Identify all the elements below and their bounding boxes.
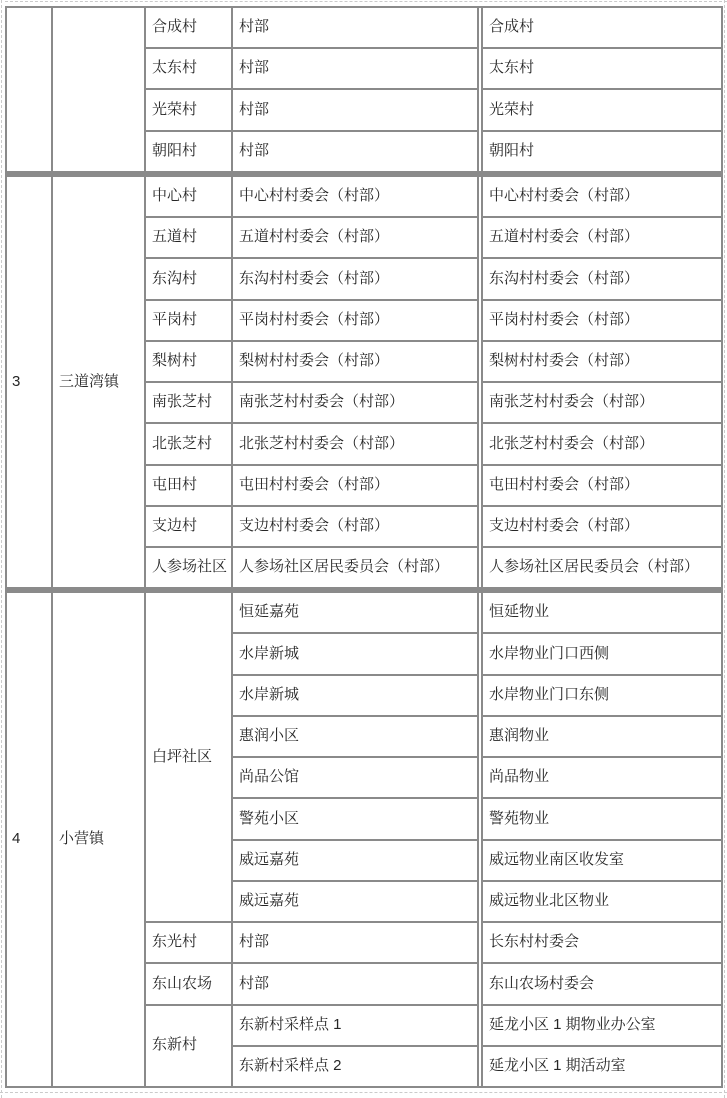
location-cell: 五道村村委会（村部） <box>483 218 721 257</box>
site-cell: 村部 <box>233 964 477 1003</box>
location-cell: 威远物业南区收发室 <box>483 841 721 880</box>
location-cell: 北张芝村村委会（村部） <box>483 424 721 463</box>
document-page: 合成村村部合成村太东村村部太东村光荣村村部光荣村朝阳村村部朝阳村3三道湾镇中心村… <box>0 0 727 1098</box>
site-cell: 水岸新城 <box>233 676 477 715</box>
site-cell: 水岸新城 <box>233 634 477 673</box>
location-cell: 支边村村委会（村部） <box>483 507 721 546</box>
site-cell: 梨树村村委会（村部） <box>233 342 477 381</box>
location-cell: 人参场社区居民委员会（村部） <box>483 548 721 587</box>
village-cell: 屯田村 <box>146 466 231 505</box>
table-split-gap <box>479 8 481 171</box>
site-cell: 尚品公馆 <box>233 758 477 797</box>
site-cell: 村部 <box>233 132 477 171</box>
table-split-gap <box>479 593 481 1086</box>
village-cell: 梨树村 <box>146 342 231 381</box>
location-cell: 恒延物业 <box>483 593 721 632</box>
location-cell: 光荣村 <box>483 90 721 129</box>
seq-cell: 4 <box>7 593 51 1086</box>
village-cell: 支边村 <box>146 507 231 546</box>
location-cell: 太东村 <box>483 49 721 88</box>
village-cell: 太东村 <box>146 49 231 88</box>
site-cell: 东新村采样点 2 <box>233 1047 477 1086</box>
page-margin-guide-top <box>5 1 727 2</box>
location-cell: 尚品物业 <box>483 758 721 797</box>
location-cell: 延龙小区 1 期物业办公室 <box>483 1006 721 1045</box>
location-cell: 梨树村村委会（村部） <box>483 342 721 381</box>
location-cell: 威远物业北区物业 <box>483 882 721 921</box>
seq-cell: 3 <box>7 177 51 587</box>
location-cell: 水岸物业门口东侧 <box>483 676 721 715</box>
town-cell <box>53 8 144 171</box>
location-cell: 中心村村委会（村部） <box>483 177 721 216</box>
village-cell: 五道村 <box>146 218 231 257</box>
seq-cell <box>7 8 51 171</box>
location-cell: 延龙小区 1 期活动室 <box>483 1047 721 1086</box>
village-cell: 平岗村 <box>146 301 231 340</box>
site-cell: 平岗村村委会（村部） <box>233 301 477 340</box>
location-cell: 合成村 <box>483 8 721 47</box>
site-cell: 村部 <box>233 923 477 962</box>
page-margin-guide-right <box>724 0 725 1098</box>
village-cell: 白坪社区 <box>146 593 231 921</box>
village-cell: 人参场社区 <box>146 548 231 587</box>
location-cell: 东山农场村委会 <box>483 964 721 1003</box>
town-cell: 三道湾镇 <box>53 177 144 587</box>
location-cell: 警苑物业 <box>483 799 721 838</box>
location-cell: 东沟村村委会（村部） <box>483 259 721 298</box>
site-cell: 北张芝村村委会（村部） <box>233 424 477 463</box>
village-cell: 东新村 <box>146 1006 231 1086</box>
village-cell: 东光村 <box>146 923 231 962</box>
location-cell: 屯田村村委会（村部） <box>483 466 721 505</box>
village-cell: 朝阳村 <box>146 132 231 171</box>
site-cell: 村部 <box>233 90 477 129</box>
site-cell: 威远嘉苑 <box>233 882 477 921</box>
location-cell: 南张芝村村委会（村部） <box>483 383 721 422</box>
site-cell: 村部 <box>233 8 477 47</box>
site-cell: 威远嘉苑 <box>233 841 477 880</box>
site-cell: 惠润小区 <box>233 717 477 756</box>
village-cell: 光荣村 <box>146 90 231 129</box>
village-cell: 北张芝村 <box>146 424 231 463</box>
site-cell: 屯田村村委会（村部） <box>233 466 477 505</box>
site-cell: 村部 <box>233 49 477 88</box>
site-cell: 南张芝村村委会（村部） <box>233 383 477 422</box>
location-cell: 朝阳村 <box>483 132 721 171</box>
site-cell: 支边村村委会（村部） <box>233 507 477 546</box>
village-cell: 东山农场 <box>146 964 231 1003</box>
sampling-points-table: 合成村村部合成村太东村村部太东村光荣村村部光荣村朝阳村村部朝阳村3三道湾镇中心村… <box>5 6 723 1088</box>
page-margin-guide-bottom <box>0 1092 727 1093</box>
site-cell: 中心村村委会（村部） <box>233 177 477 216</box>
site-cell: 五道村村委会（村部） <box>233 218 477 257</box>
location-cell: 长东村村委会 <box>483 923 721 962</box>
village-cell: 东沟村 <box>146 259 231 298</box>
section-separator <box>7 173 721 175</box>
site-cell: 恒延嘉苑 <box>233 593 477 632</box>
location-cell: 水岸物业门口西侧 <box>483 634 721 673</box>
site-cell: 东新村采样点 1 <box>233 1006 477 1045</box>
site-cell: 东沟村村委会（村部） <box>233 259 477 298</box>
page-margin-guide-left <box>1 0 2 1098</box>
village-cell: 合成村 <box>146 8 231 47</box>
table-split-gap <box>479 177 481 587</box>
section-separator <box>7 589 721 591</box>
town-cell: 小营镇 <box>53 593 144 1086</box>
location-cell: 惠润物业 <box>483 717 721 756</box>
location-cell: 平岗村村委会（村部） <box>483 301 721 340</box>
site-cell: 人参场社区居民委员会（村部） <box>233 548 477 587</box>
village-cell: 南张芝村 <box>146 383 231 422</box>
village-cell: 中心村 <box>146 177 231 216</box>
site-cell: 警苑小区 <box>233 799 477 838</box>
